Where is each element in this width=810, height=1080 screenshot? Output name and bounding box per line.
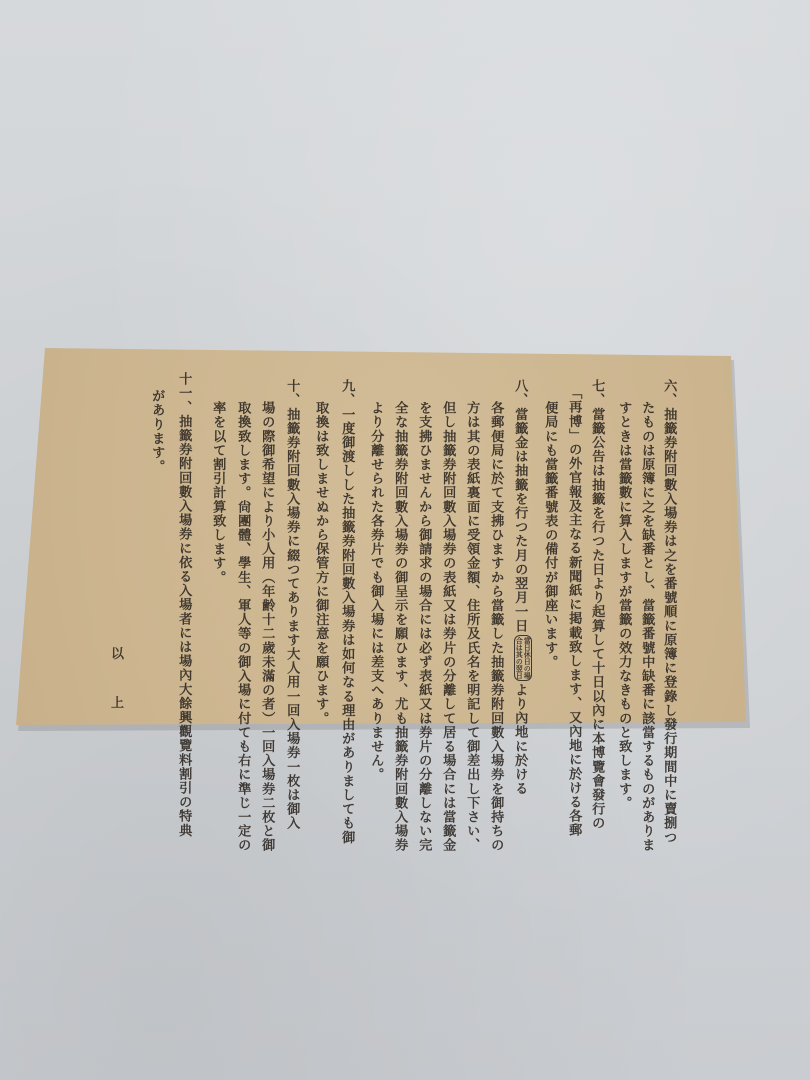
signoff-char-1: 以 [111,643,124,662]
clause-9-line-1: 九、一度御渡しした抽籤券附回數入場券は如何なる理由がありましても御 [340,379,353,844]
clause-6-line-1: 六、抽籤券附回數入場券は之を番號順に原簿に登錄し發行期間中に賣捌つ [662,379,675,844]
clause-8-line-2: 各郵便局に於て支拂ひますから當籤した抽籤券附回數入場券を御持ちの [489,401,502,852]
clause-10-line-2: 場の際御希望により小人用（年齢十二歲未滿の者）一回入場券二枚と御 [260,401,273,852]
clause-6-line-3: すときは當籤數に算入しますが當籤の效力なきものと致します。 [617,401,630,810]
clause-8-line-6: 全な抽籤券附回數入場券の御呈示を願ひます、尤も抽籤券附回數入場券 [393,401,406,852]
clause-8-line-1-text: 八、當籤金は抽籤を行つた月の翌月一日 [512,379,527,633]
clause-8-line-1-tail: より內地に於ける [512,683,527,796]
clause-10-line-3: 取換致します。尙團體、學生、軍人等の御入場に付ても右に準じ一定の [236,401,249,852]
clause-9-line-2: 取換は致しませぬから保管方に御注意を願ひます。 [314,401,327,725]
clause-10-line-1: 十、抽籤券附回數入場券に綴つてあります大人用一回入場券一枚は御入 [285,379,298,830]
clause-8-line-4: 但し抽籤券附回數入場券の表紙又は券片の分離して居る場合には當籤金 [441,401,454,852]
clause-11-line-1: 十一、抽籤券附回數入場券に依る入場者には場內大餘興觀覽料割引の特典 [177,372,190,837]
document-text: 六、抽籤券附回數入場券は之を番號順に原簿に登錄し發行期間中に賣捌つ たものは原簿… [0,0,810,1080]
clause-8-holiday-note: 當日休日の場合は其の翌日 [514,635,532,681]
clause-7-line-3: 便局にも當籤番號表の備付が御座います。 [543,401,556,669]
clause-10-line-4: 率を以て割引計算致します。 [211,401,224,584]
clause-8-line-5: を支拂ひませんから御請求の場合には必ず表紙又は券片の分離しない完 [417,401,430,852]
clause-8-line-1: 八、當籤金は抽籤を行つた月の翌月一日當日休日の場合は其の翌日より內地に於ける [513,379,532,796]
clause-11-line-2: があります。 [150,389,163,474]
clause-7-line-1: 七、當籤公告は抽籤を行つた日より起算して十日以內に本博覽會發行の [590,379,603,830]
clause-6-line-2: たものは原簿に之を缺番とし、當籤番號中缺番に該當するものがありま [640,401,653,852]
signoff-char-2: 上 [111,692,124,711]
clause-8-line-3: 方は其の表紙裏面に受領金額、住所及氏名を明記して御差出し下さい、 [465,401,478,852]
clause-8-line-7: より分離せられた各券片でも御入場には差支へありません。 [369,401,382,782]
clause-7-line-2: 「再博」の外官報及主なる新聞紙に掲載致します、又內地に於ける各郵 [567,386,580,837]
